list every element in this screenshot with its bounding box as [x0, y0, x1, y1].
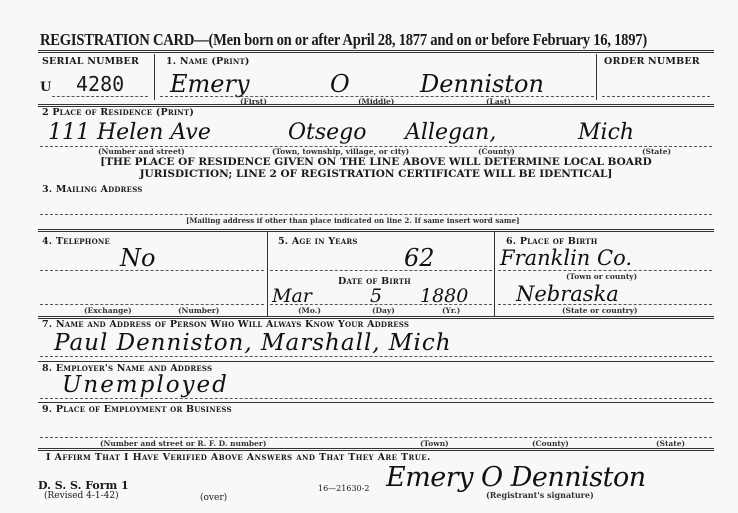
residence-town[interactable]: Otsego — [288, 120, 367, 145]
print-code: 16—21630-2 — [318, 484, 369, 493]
contact-label: 7. Name and Address of Person Who Will A… — [42, 319, 409, 330]
rule — [38, 361, 714, 362]
rule — [38, 229, 714, 232]
birthplace-town-caption: (Town or county) — [566, 272, 637, 281]
affirmation-text: I Affirm That I Have Verified Above Answ… — [46, 452, 431, 463]
registrant-signature[interactable]: Emery O Denniston — [386, 462, 646, 493]
state-caption: (State) — [642, 147, 671, 156]
dob-line — [270, 304, 492, 305]
serial-prefix: U — [40, 80, 51, 95]
telephone-line — [40, 270, 264, 271]
age-value[interactable]: 62 — [404, 244, 435, 272]
month-caption: (Mo.) — [298, 306, 321, 315]
rule — [38, 448, 714, 451]
employment-town-caption: (Town) — [420, 439, 449, 448]
mailing-line[interactable] — [40, 214, 712, 215]
rule — [38, 402, 714, 403]
county-caption: (County) — [478, 147, 515, 156]
contact-line — [40, 356, 712, 357]
residence-label: 2 Place of Residence (Print) — [42, 107, 194, 118]
form-revised: (Revised 4-1-42) — [44, 491, 119, 501]
employment-place-line[interactable] — [40, 437, 712, 438]
birthplace-state[interactable]: Nebraska — [516, 282, 619, 306]
birthplace-town-line — [498, 270, 712, 271]
signature-caption: (Registrant's signature) — [486, 490, 594, 500]
telephone-line-2 — [40, 304, 264, 305]
card-title: REGISTRATION CARD—(Men born on or after … — [40, 30, 647, 50]
divider — [267, 232, 268, 316]
residence-notice: [THE PLACE OF RESIDENCE GIVEN ON THE LIN… — [40, 156, 712, 180]
telephone-label: 4. Telephone — [42, 236, 110, 247]
name-first[interactable]: Emery — [170, 70, 250, 98]
year-caption: (Yr.) — [442, 306, 460, 315]
employer-value[interactable]: Unemployed — [62, 372, 229, 398]
employment-street-caption: (Number and street or R. F. D. number) — [100, 439, 266, 448]
mailing-label: 3. Mailing Address — [42, 184, 143, 195]
residence-street[interactable]: 111 Helen Ave — [48, 120, 211, 145]
street-caption: (Number and street) — [98, 147, 185, 156]
divider — [494, 232, 495, 316]
birthplace-state-line — [498, 304, 712, 305]
employer-line — [40, 398, 712, 399]
employment-state-caption: (State) — [656, 439, 685, 448]
order-label: ORDER NUMBER — [604, 56, 700, 67]
divider — [154, 54, 155, 100]
order-line[interactable] — [602, 96, 710, 97]
employment-county-caption: (County) — [532, 439, 569, 448]
age-label: 5. Age in Years — [278, 236, 358, 247]
birthplace-state-caption: (State or country) — [562, 306, 638, 315]
employment-place-label: 9. Place of Employment or Business — [42, 404, 232, 415]
contact-value[interactable]: Paul Denniston, Marshall, Mich — [54, 330, 452, 356]
day-caption: (Day) — [372, 306, 395, 315]
name-label: 1. Name (Print) — [166, 56, 250, 67]
telephone-value[interactable]: No — [120, 244, 155, 272]
mailing-caption: [Mailing address if other than place ind… — [186, 216, 520, 225]
serial-value: 4280 — [76, 72, 124, 96]
number-caption: (Number) — [178, 306, 219, 315]
over-note: (over) — [200, 493, 227, 503]
birthplace-town[interactable]: Franklin Co. — [500, 246, 632, 270]
name-middle[interactable]: O — [330, 70, 350, 98]
town-caption: (Town, township, village, or city) — [272, 147, 409, 156]
serial-label: SERIAL NUMBER — [42, 56, 139, 67]
exchange-caption: (Exchange) — [84, 306, 132, 315]
top-rule — [38, 50, 714, 53]
registration-card: REGISTRATION CARD—(Men born on or after … — [0, 0, 738, 513]
residence-state[interactable]: Mich — [578, 120, 634, 145]
divider — [596, 54, 597, 100]
residence-county[interactable]: Allegan, — [405, 120, 496, 145]
name-last[interactable]: Denniston — [420, 70, 544, 98]
age-line — [270, 270, 492, 271]
serial-line — [52, 96, 148, 97]
